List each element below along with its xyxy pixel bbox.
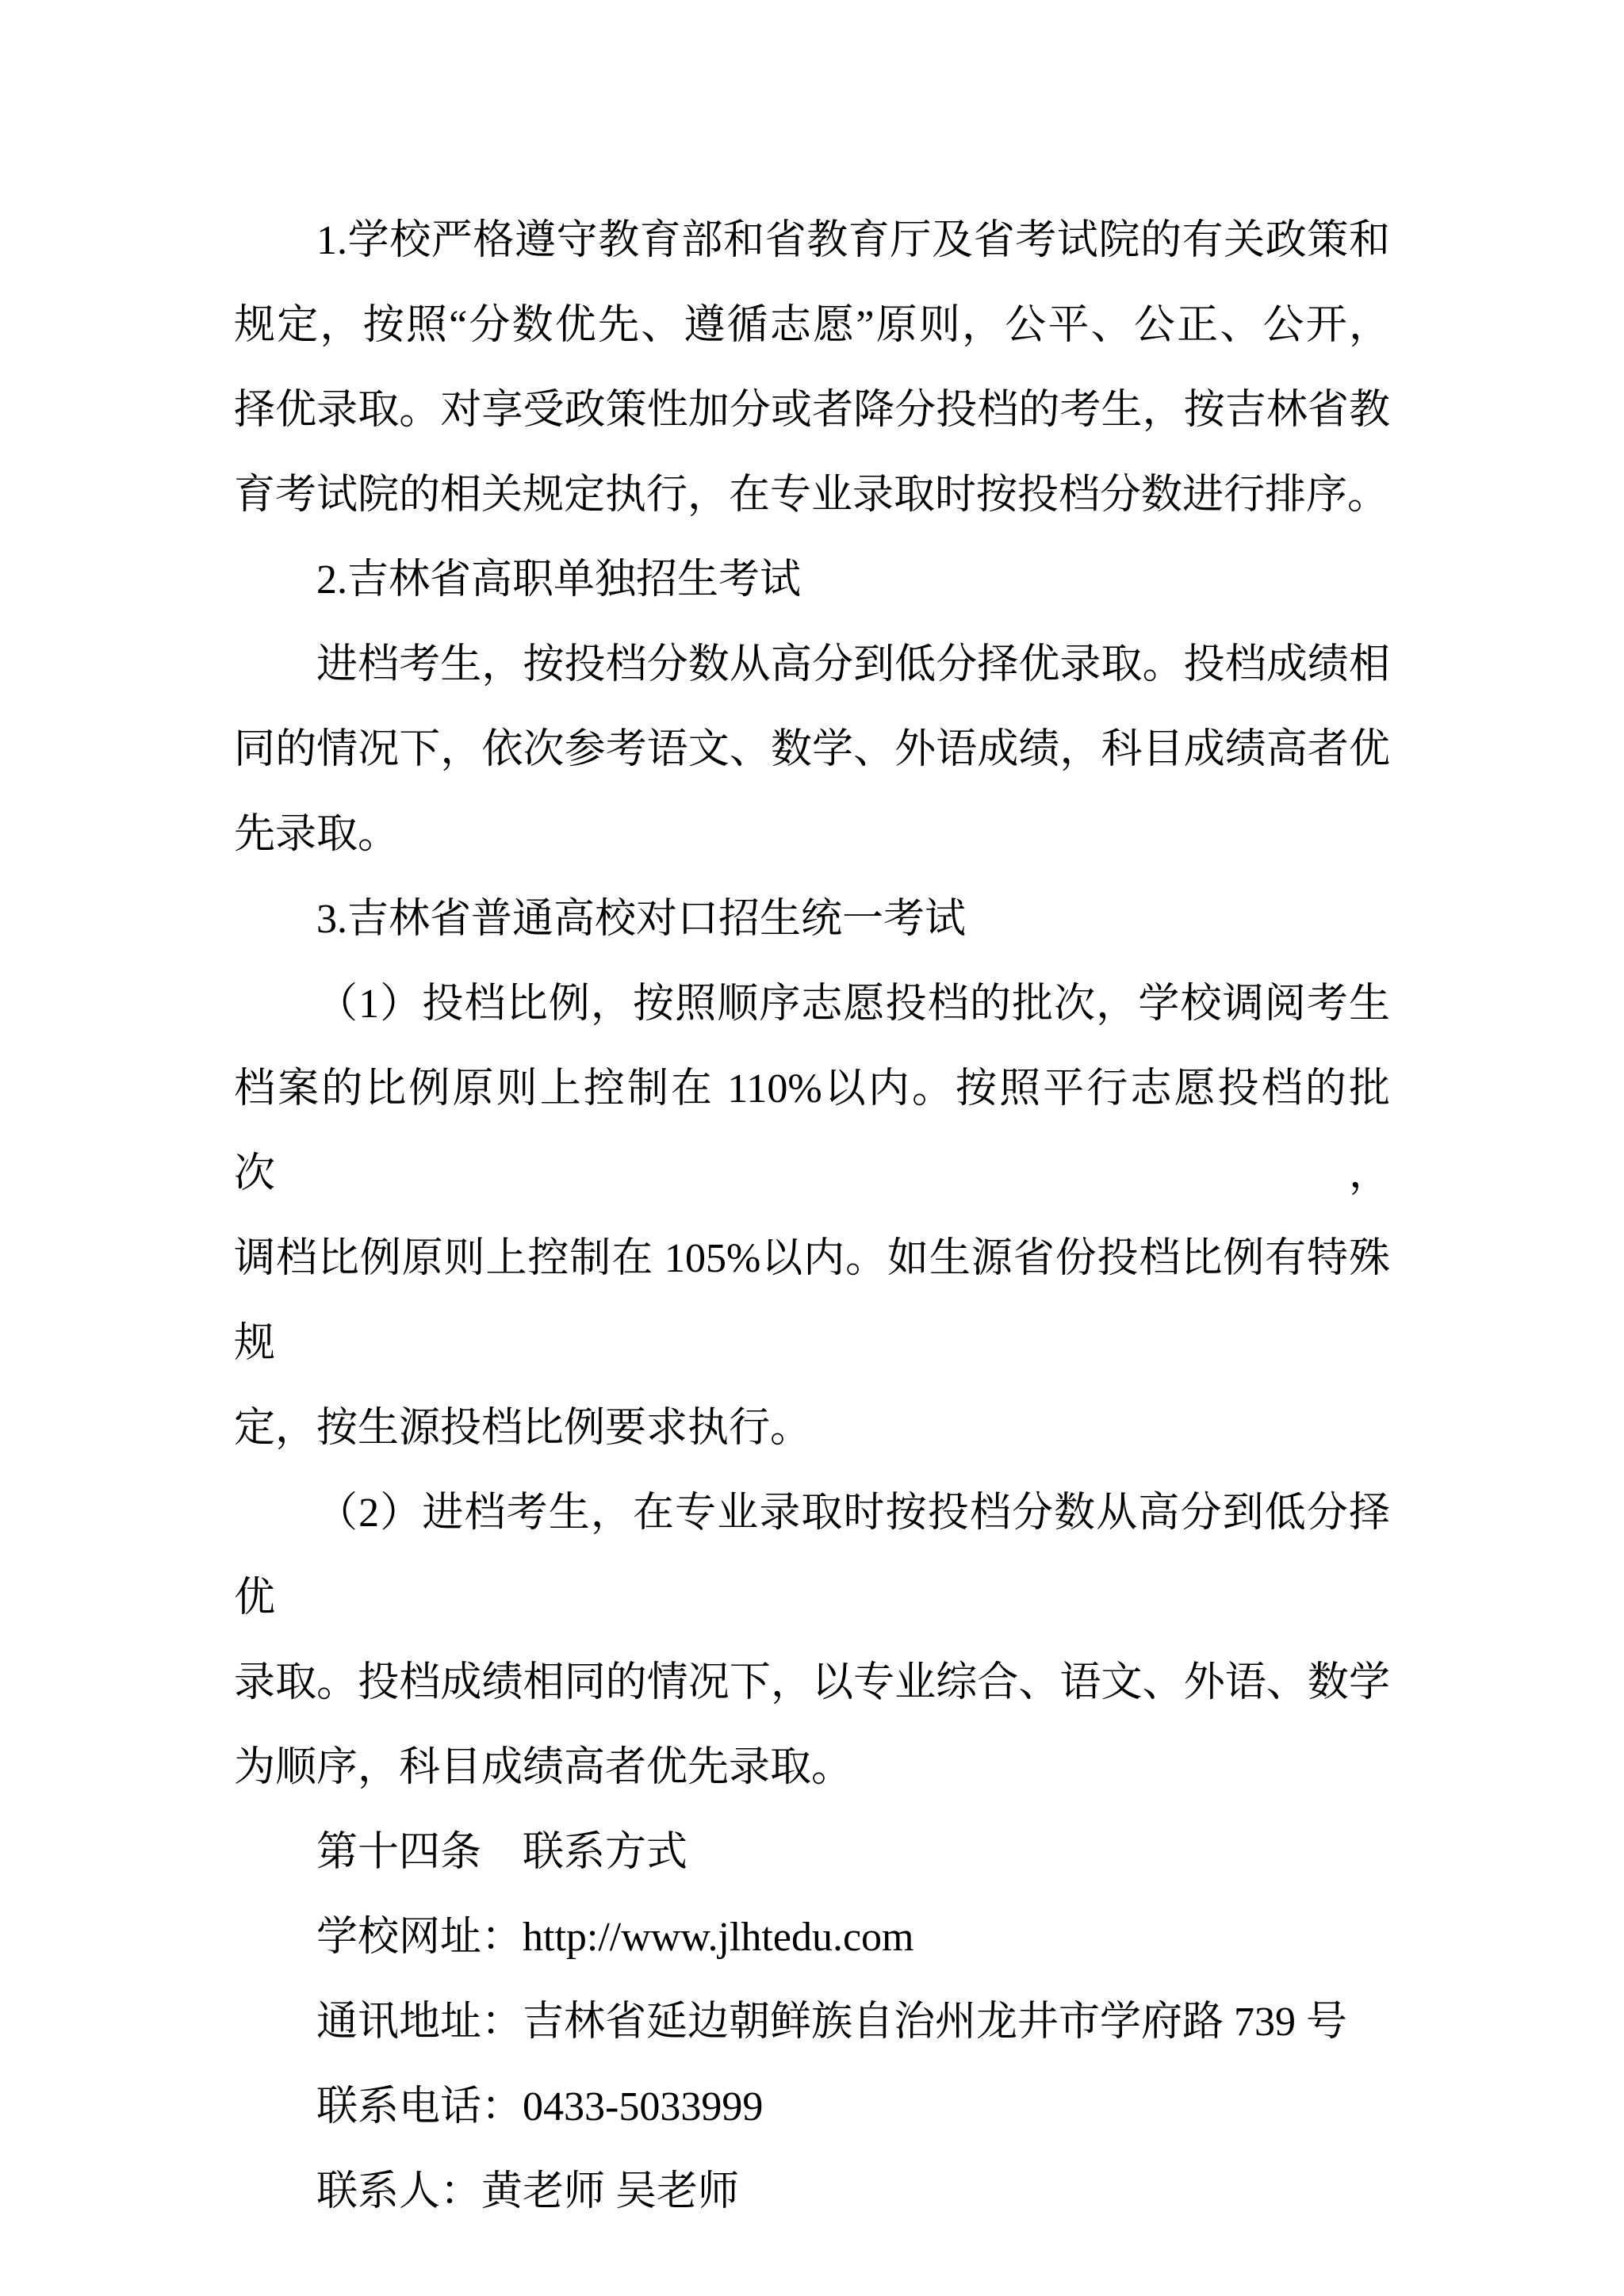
- document-line: 进档考生，按投档分数从高分到低分择优录取。投档成绩相: [234, 622, 1390, 707]
- rule-3-item-2-admitted-candidates: （2）进档考生，在专业录取时按投档分数从高分到低分择优录取。投档成绩相同的情况下…: [234, 1471, 1390, 1810]
- document-line: 规定，按照“分数优先、遵循志愿”原则，公平、公正、公开，: [234, 283, 1390, 368]
- document-line: 学校网址：http://www.jlhtedu.com: [234, 1895, 1390, 1980]
- contact-persons: 联系人：黄老师 吴老师: [234, 2149, 1390, 2234]
- rule-2-body: 进档考生，按投档分数从高分到低分择优录取。投档成绩相同的情况下，依次参考语文、数…: [234, 622, 1390, 877]
- document-line: 联系人：黄老师 吴老师: [234, 2149, 1390, 2234]
- document-line: 先录取。: [234, 792, 1390, 877]
- contact-mailing-address: 通讯地址：吉林省延边朝鲜族自治州龙井市学府路 739 号: [234, 1980, 1390, 2064]
- document-line: 档案的比例原则上控制在 110%以内。按照平行志愿投档的批次，: [234, 1047, 1390, 1216]
- contact-phone: 联系电话：0433-5033999: [234, 2064, 1390, 2149]
- document-line: （1）投档比例，按照顺序志愿投档的批次，学校调阅考生: [234, 962, 1390, 1047]
- document-line: 第十四条 联系方式: [234, 1810, 1390, 1895]
- rule-1-general-admission-policy: 1.学校严格遵守教育部和省教育厅及省考试院的有关政策和规定，按照“分数优先、遵循…: [234, 198, 1390, 538]
- document-body: 1.学校严格遵守教育部和省教育厅及省考试院的有关政策和规定，按照“分数优先、遵循…: [234, 198, 1390, 2234]
- rule-3-heading-counterpart-unified-exam: 3.吉林省普通高校对口招生统一考试: [234, 877, 1390, 962]
- document-line: 为顺序，科目成绩高者优先录取。: [234, 1725, 1390, 1810]
- document-line: 调档比例原则上控制在 105%以内。如生源省份投档比例有特殊规: [234, 1216, 1390, 1386]
- document-line: （2）进档考生，在专业录取时按投档分数从高分到低分择优: [234, 1471, 1390, 1640]
- contact-website: 学校网址：http://www.jlhtedu.com: [234, 1895, 1390, 1980]
- rule-2-heading-single-recruitment-exam: 2.吉林省高职单独招生考试: [234, 538, 1390, 622]
- document-line: 联系电话：0433-5033999: [234, 2064, 1390, 2149]
- document-line: 3.吉林省普通高校对口招生统一考试: [234, 877, 1390, 962]
- document-line: 1.学校严格遵守教育部和省教育厅及省考试院的有关政策和: [234, 198, 1390, 283]
- document-line: 通讯地址：吉林省延边朝鲜族自治州龙井市学府路 739 号: [234, 1980, 1390, 2064]
- document-page: 1.学校严格遵守教育部和省教育厅及省考试院的有关政策和规定，按照“分数优先、遵循…: [0, 0, 1624, 2296]
- document-line: 2.吉林省高职单独招生考试: [234, 538, 1390, 622]
- article-14-contact-heading: 第十四条 联系方式: [234, 1810, 1390, 1895]
- document-line: 定，按生源投档比例要求执行。: [234, 1386, 1390, 1471]
- document-line: 同的情况下，依次参考语文、数学、外语成绩，科目成绩高者优: [234, 707, 1390, 792]
- document-line: 录取。投档成绩相同的情况下，以专业综合、语文、外语、数学: [234, 1640, 1390, 1725]
- rule-3-item-1-filing-ratio: （1）投档比例，按照顺序志愿投档的批次，学校调阅考生档案的比例原则上控制在 11…: [234, 962, 1390, 1471]
- document-line: 择优录取。对享受政策性加分或者降分投档的考生，按吉林省教: [234, 368, 1390, 453]
- document-line: 育考试院的相关规定执行，在专业录取时按投档分数进行排序。: [234, 453, 1390, 538]
